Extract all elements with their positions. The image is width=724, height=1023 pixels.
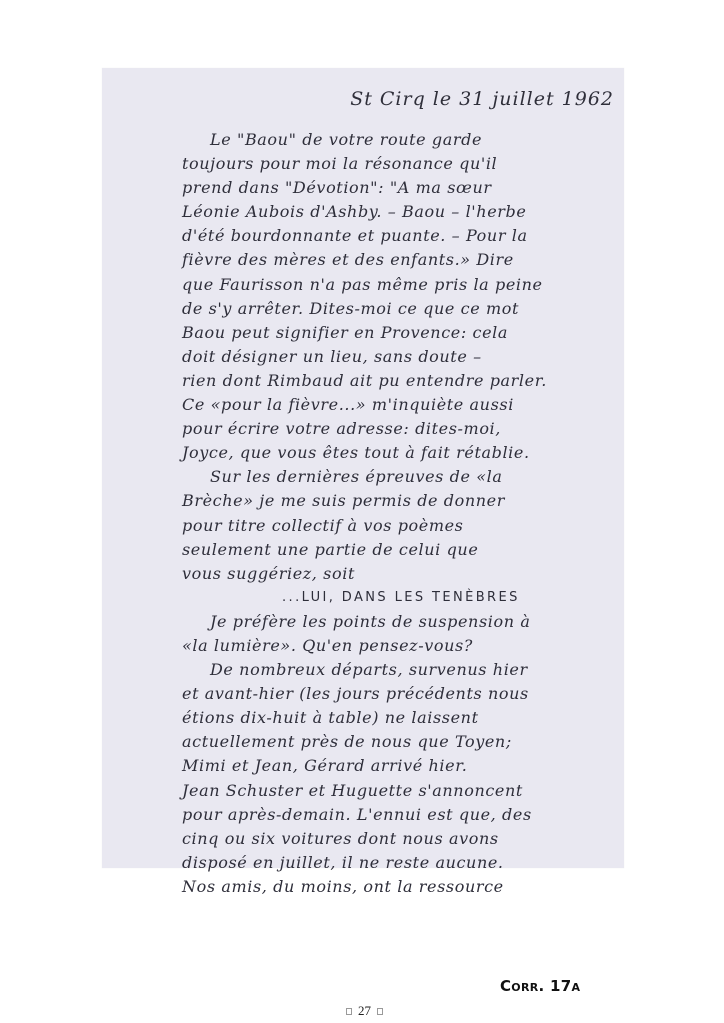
letter-line: Joyce, que vous êtes tout à fait rétabli… [182, 441, 622, 465]
letter-line: Le "Baou" de votre route garde [182, 128, 622, 152]
letter-line: toujours pour moi la résonance qu'il [182, 152, 622, 176]
right-ornament-icon [377, 1008, 383, 1015]
letter-line: Baou peut signifier en Provence: cela [182, 321, 622, 345]
letter-line: Nos amis, du moins, ont la ressource [182, 875, 622, 899]
letter-line: «la lumière». Qu'en pensez-vous? [182, 634, 622, 658]
letter-line: prend dans "Dévotion": "A ma sœur [182, 176, 622, 200]
letter-line: Jean Schuster et Huguette s'annoncent [182, 779, 622, 803]
letter-line: Brèche» je me suis permis de donner [182, 489, 622, 513]
letter-line: seulement une partie de celui que [182, 538, 622, 562]
letter-line: disposé en juillet, il ne reste aucune. [182, 851, 622, 875]
letter-line: fièvre des mères et des enfants.» Dire [182, 248, 622, 272]
letter-line: pour titre collectif à vos poèmes [182, 514, 622, 538]
letter-scan: St Cirq le 31 juillet 1962 Le "Baou" de … [102, 68, 624, 868]
letter-line: étions dix-huit à table) ne laissent [182, 706, 622, 730]
letter-line: et avant-hier (les jours précédents nous [182, 682, 622, 706]
letter-line: doit désigner un lieu, sans doute – [182, 345, 622, 369]
letter-line: rien dont Rimbaud ait pu entendre parler… [182, 369, 622, 393]
letter-line: Léonie Aubois d'Ashby. – Baou – l'herbe [182, 200, 622, 224]
letter-line: Mimi et Jean, Gérard arrivé hier. [182, 754, 622, 778]
letter-date-line: St Cirq le 31 juillet 1962 [350, 88, 614, 110]
letter-line: actuellement près de nous que Toyen; [182, 730, 622, 754]
letter-line: de s'y arrêter. Dites-moi ce que ce mot [182, 297, 622, 321]
letter-line: Sur les dernières épreuves de «la [182, 465, 622, 489]
letter-line: Je préfère les points de suspension à [182, 610, 622, 634]
letter-line: cinq ou six voitures dont nous avons [182, 827, 622, 851]
letter-line: Ce «pour la fièvre...» m'inquiète aussi [182, 393, 622, 417]
left-ornament-icon [346, 1008, 352, 1015]
page-number-block: 27 [346, 1003, 383, 1019]
letter-line: d'été bourdonnante et puante. – Pour la [182, 224, 622, 248]
letter-line: De nombreux départs, survenus hier [182, 658, 622, 682]
letter-body: Le "Baou" de votre route gardetoujours p… [182, 128, 622, 899]
page-number: 27 [358, 1003, 371, 1019]
letter-line: pour après-demain. L'ennui est que, des [182, 803, 622, 827]
poem-title-line: ...LUI, DANS LES TENÈBRES [182, 586, 622, 610]
letter-line: que Faurisson n'a pas même pris la peine [182, 273, 622, 297]
letter-line: vous suggériez, soit [182, 562, 622, 586]
letter-line: pour écrire votre adresse: dites-moi, [182, 417, 622, 441]
correspondence-reference-label: Corr. 17a [500, 977, 580, 995]
